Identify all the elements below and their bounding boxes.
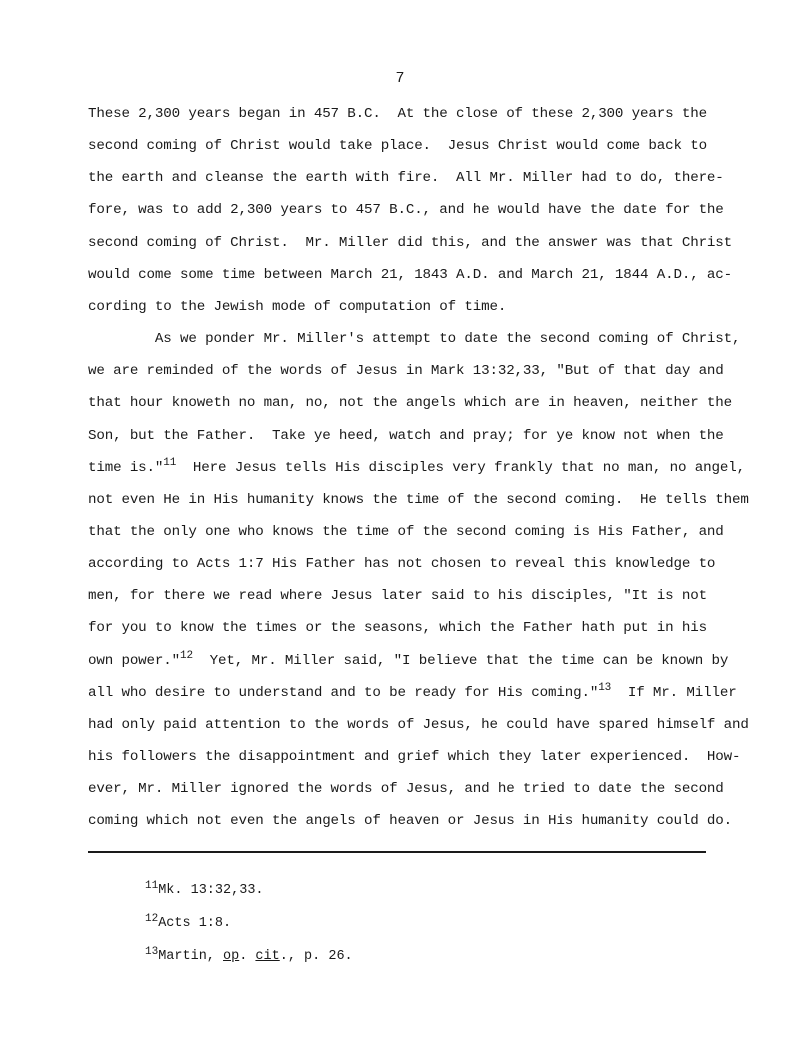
text-line: fore, was to add 2,300 years to 457 B.C.… (88, 201, 724, 219)
text-line: the earth and cleanse the earth with fir… (88, 169, 724, 187)
footnote-reference: 11 (163, 457, 176, 469)
footnote-13: 13Martin, op. cit., p. 26. (145, 943, 353, 966)
text-line: second coming of Christ. Mr. Miller did … (88, 234, 732, 252)
text-line: that hour knoweth no man, no, not the an… (88, 394, 732, 412)
text-line: that the only one who knows the time of … (88, 523, 724, 541)
text-line: all who desire to understand and to be r… (88, 684, 737, 702)
footnote-mark: 11 (145, 880, 158, 892)
footnote-text: ., p. 26. (280, 949, 353, 964)
text-line: his followers the disappointment and gri… (88, 748, 740, 766)
text-line: Son, but the Father. Take ye heed, watch… (88, 427, 724, 445)
text-line: As we ponder Mr. Miller's attempt to dat… (88, 330, 740, 348)
text-line: time is."11 Here Jesus tells His discipl… (88, 459, 745, 477)
footnote-text: Mk. 13:32,33. (158, 883, 263, 898)
op-underlined: op (223, 949, 239, 964)
footnote-text: Martin, (158, 949, 223, 964)
text-line: had only paid attention to the words of … (88, 716, 749, 734)
footnote-reference: 13 (598, 682, 611, 694)
text-line: we are reminded of the words of Jesus in… (88, 362, 724, 380)
footnote-separator (88, 851, 706, 853)
text-line: coming which not even the angels of heav… (88, 812, 732, 830)
footnote-11: 11Mk. 13:32,33. (145, 877, 264, 900)
text-line: would come some time between March 21, 1… (88, 266, 732, 284)
text-line: own power."12 Yet, Mr. Miller said, "I b… (88, 652, 728, 670)
text-line: ever, Mr. Miller ignored the words of Je… (88, 780, 724, 798)
text-line: not even He in His humanity knows the ti… (88, 491, 749, 509)
text-line: according to Acts 1:7 His Father has not… (88, 555, 715, 573)
text-line: second coming of Christ would take place… (88, 137, 707, 155)
footnote-text: . (239, 949, 255, 964)
cit-underlined: cit (255, 949, 279, 964)
text-line: men, for there we read where Jesus later… (88, 587, 707, 605)
footnote-reference: 12 (180, 650, 193, 662)
text-line: for you to know the times or the seasons… (88, 619, 707, 637)
text-line: These 2,300 years began in 457 B.C. At t… (88, 105, 707, 123)
footnote-text: Acts 1:8. (158, 916, 231, 931)
footnote-mark: 13 (145, 946, 158, 958)
text-line: cording to the Jewish mode of computatio… (88, 298, 506, 316)
page-number: 7 (0, 70, 800, 87)
footnote-12: 12Acts 1:8. (145, 910, 231, 933)
footnote-mark: 12 (145, 913, 158, 925)
